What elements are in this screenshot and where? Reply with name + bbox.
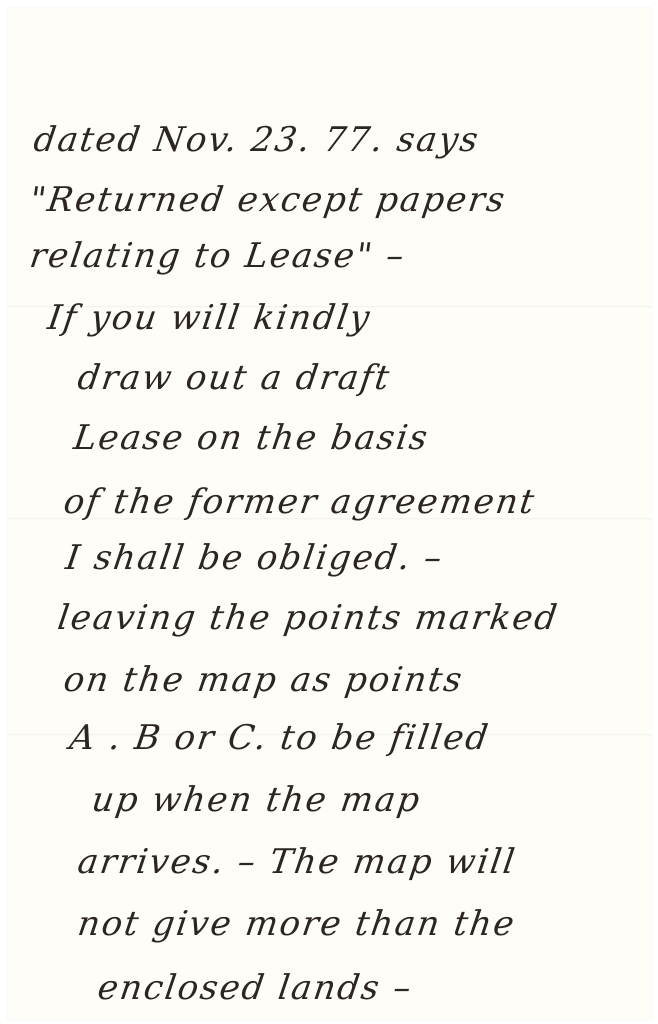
handwritten-line: up when the map xyxy=(89,780,424,820)
handwritten-line: on the map as points xyxy=(61,660,466,700)
handwritten-line: If you will kindly xyxy=(45,298,374,338)
handwritten-line: of the former agreement xyxy=(61,482,538,522)
handwritten-line: draw out a draft xyxy=(75,358,393,398)
handwritten-line: dated Nov. 23. 77. says xyxy=(31,120,482,160)
handwritten-line: "Returned except papers xyxy=(27,180,509,220)
handwritten-line: not give more than the xyxy=(75,904,518,944)
letter-page: dated Nov. 23. 77. says "Returned except… xyxy=(8,8,652,1020)
handwritten-line: Lease on the basis xyxy=(71,418,431,458)
handwritten-line: A . B or C. to be filled xyxy=(67,718,492,758)
handwritten-line: relating to Lease" – xyxy=(27,236,408,276)
handwritten-line: arrives. – The map will xyxy=(75,842,519,882)
handwritten-line: enclosed lands – xyxy=(95,968,415,1008)
handwritten-line: leaving the points marked xyxy=(55,598,561,638)
handwritten-line: I shall be obliged. – xyxy=(63,538,446,578)
